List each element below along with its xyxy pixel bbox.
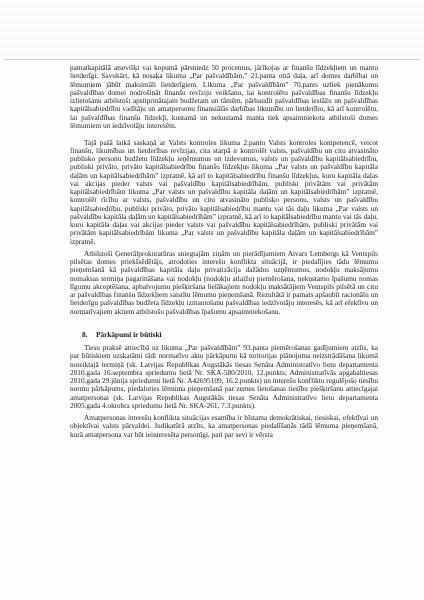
paragraph-prosecutor-findings: Atbilstoši Ģenerālprokuratūras sniegtajā…	[70, 250, 378, 316]
section-heading: 8.Pārkāpumi ir būtiski	[70, 331, 378, 339]
section-title: Pārkāpumi ir būtiski	[96, 330, 162, 339]
section-number: 8.	[82, 331, 96, 339]
paragraph-state-audit: Tajā pašā laikā saskaņā ar Valsts kontro…	[70, 139, 378, 246]
paragraph-conflict-of-interest: Amatpersonas interešu konflikta situācij…	[70, 414, 378, 439]
document-page: pamatkapitālā atsevišķi vai kopumā pārsn…	[70, 64, 378, 439]
page-divider-line	[4, 59, 420, 60]
paragraph-case-law: Tiesu praksē attiecībā uz likuma „Par pa…	[70, 344, 378, 410]
paragraph-financial-duties: pamatkapitālā atsevišķi vai kopumā pārsn…	[70, 64, 378, 130]
previous-page-showthrough	[0, 0, 424, 58]
